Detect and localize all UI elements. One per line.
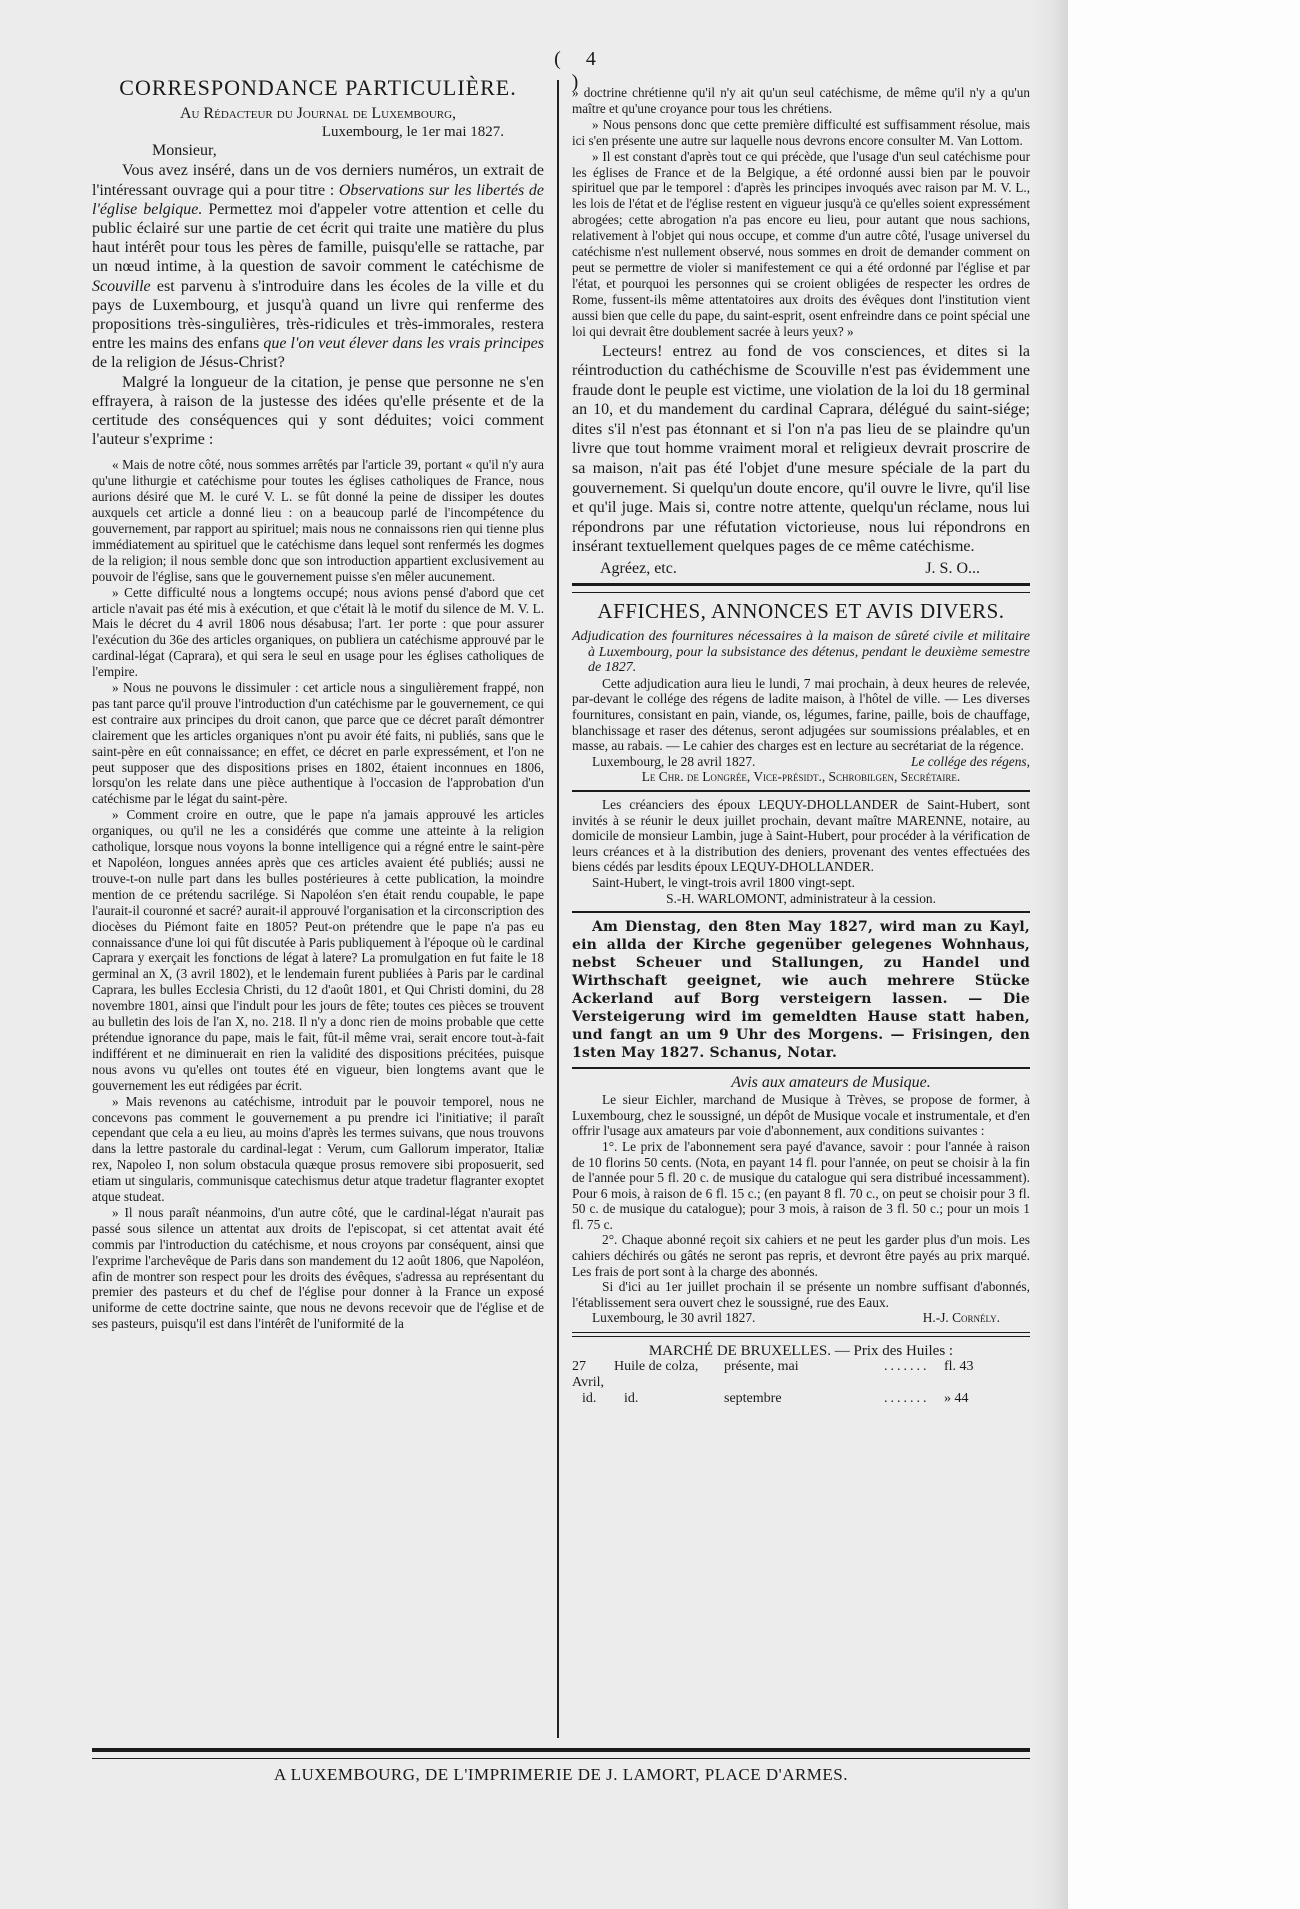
section-rule <box>572 583 1030 593</box>
right-column: » doctrine chrétienne qu'il n'y ait qu'u… <box>572 85 1030 1407</box>
ad-creditors-signer: S.-H. WARLOMONT, administrateur à la ces… <box>572 891 1030 907</box>
letter-closing: Agréez, etc. J. S. O... <box>572 560 1030 577</box>
quote-paragraph: » Cette difficulté nous a longtems occup… <box>92 585 544 680</box>
market-row: id. id. septembre ....... » 44 <box>572 1391 1030 1407</box>
quote-paragraph: » Comment croire en outre, que le pape n… <box>92 807 544 1093</box>
ad-rule <box>572 790 1030 792</box>
ad-adjudication-body: Cette adjudication aura lieu le lundi, 7… <box>572 676 1030 754</box>
quote-paragraph: « Mais de notre côté, nous sommes arrêté… <box>92 457 544 584</box>
ad-music-condition-3: Si d'ici au 1er juillet prochain il se p… <box>572 1279 1030 1310</box>
ad-rule <box>572 1067 1030 1069</box>
intro-paragraph: Vous avez inséré, dans un de vos dernier… <box>92 161 544 372</box>
second-paragraph: Malgré la longueur de la citation, je pe… <box>92 373 544 450</box>
dateline: Luxembourg, le 1er mai 1827. <box>92 124 544 141</box>
ad-creditors-date: Saint-Hubert, le vingt-trois avril 1800 … <box>572 875 1030 891</box>
ad-music-heading: Avis aux amateurs de Musique. <box>572 1074 1030 1092</box>
ad-adjudication-dateline: Luxembourg, le 28 avril 1827. Le collége… <box>572 754 1030 770</box>
ads-section-title: AFFICHES, ANNONCES ET AVIS DIVERS. <box>572 599 1030 623</box>
ad-music-condition-1: 1°. Le prix de l'abonnement sera payé d'… <box>572 1139 1030 1233</box>
page-edge-shadow <box>1030 0 1068 1909</box>
quotation-continued: » doctrine chrétienne qu'il n'y ait qu'u… <box>572 85 1030 340</box>
addressee: Au Rédacteur du Journal de Luxembourg, <box>92 104 544 124</box>
market-title: MARCHÉ DE BRUXELLES. — Prix des Huiles : <box>572 1343 1030 1359</box>
ad-music-intro: Le sieur Eichler, marchand de Musique à … <box>572 1092 1030 1139</box>
quote-paragraph: » doctrine chrétienne qu'il n'y ait qu'u… <box>572 85 1030 117</box>
ad-adjudication-signers: Le Chr. de Longrée, Vice-présidt., Schro… <box>572 769 1030 785</box>
ad-rule <box>572 911 1030 913</box>
printer-imprint: A LUXEMBOURG, DE L'IMPRIMERIE DE J. LAMO… <box>92 1765 1030 1785</box>
left-column: CORRESPONDANCE PARTICULIÈRE. Au Rédacteu… <box>92 76 544 1332</box>
newspaper-page: ( 4 ) CORRESPONDANCE PARTICULIÈRE. Au Ré… <box>0 0 1068 1909</box>
salutation: Monsieur, <box>92 141 544 161</box>
ad-music-dateline: Luxembourg, le 30 avril 1827. H.-J. Corn… <box>572 1310 1030 1326</box>
market-table: 27 Avril, Huile de colza, présente, mai … <box>572 1359 1030 1407</box>
column-divider <box>557 80 559 1738</box>
ad-adjudication-heading: Adjudication des fournitures nécessaires… <box>572 629 1030 676</box>
quote-paragraph: » Il est constant d'après tout ce qui pr… <box>572 149 1030 340</box>
quotation-block: « Mais de notre côté, nous sommes arrêté… <box>92 457 544 1332</box>
footer-rule <box>92 1748 1030 1759</box>
lecteurs-paragraph: Lecteurs! entrez au fond de vos conscien… <box>572 342 1030 558</box>
ad-music-condition-2: 2°. Chaque abonné reçoit six cahiers et … <box>572 1232 1030 1279</box>
market-row: 27 Avril, Huile de colza, présente, mai … <box>572 1359 1030 1391</box>
ad-german-auction: Am Dienstag, den 8ten May 1827, wird man… <box>572 918 1030 1062</box>
article-title: CORRESPONDANCE PARTICULIÈRE. <box>92 76 544 100</box>
signature: J. S. O... <box>925 560 980 577</box>
quote-paragraph: » Nous pensons donc que cette première d… <box>572 117 1030 149</box>
ad-rule <box>572 1332 1030 1337</box>
closing-text: Agréez, etc. <box>600 560 677 577</box>
scan-margin <box>1068 0 1300 1909</box>
quote-paragraph: » Nous ne pouvons le dissimuler : cet ar… <box>92 680 544 807</box>
quote-paragraph: » Il nous paraît néanmoins, d'un autre c… <box>92 1205 544 1332</box>
quote-paragraph: » Mais revenons au catéchisme, introduit… <box>92 1094 544 1205</box>
ad-creditors-body: Les créanciers des époux LEQUY-DHOLLANDE… <box>572 797 1030 875</box>
